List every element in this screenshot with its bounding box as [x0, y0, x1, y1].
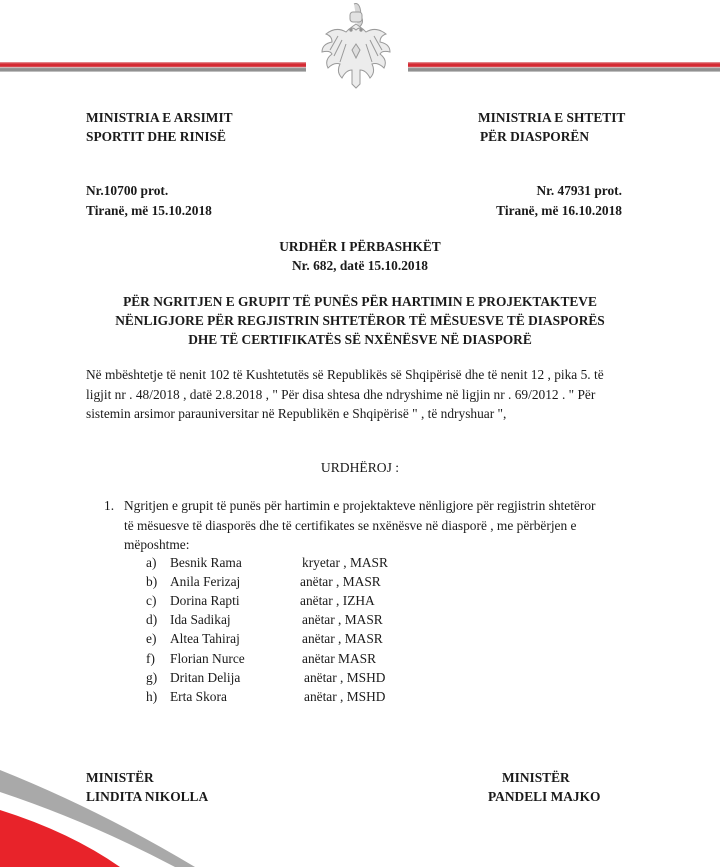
order-subject: PËR NGRITJEN E GRUPIT TË PUNËS PËR HARTI…: [0, 292, 720, 349]
member-name: Anila Ferizaj: [170, 572, 240, 591]
member-name: Dorina Rapti: [170, 591, 240, 610]
preamble: Në mbështetje të nenit 102 të Kushtetutë…: [86, 365, 646, 424]
protocol-left-number: Nr.10700 prot.: [86, 181, 212, 201]
order-title: URDHËR I PËRBASHKËT: [0, 237, 720, 256]
member-role: anëtar , MASR: [302, 610, 383, 629]
issuer-left: MINISTRIA E ARSIMIT SPORTIT DHE RINISË: [86, 108, 233, 146]
member-letter: d): [146, 610, 157, 629]
issuer-left-line1: MINISTRIA E ARSIMIT: [86, 108, 233, 127]
member-letter: f): [146, 649, 155, 668]
member-letter: b): [146, 572, 157, 591]
member-role: kryetar , MASR: [302, 553, 388, 572]
subject-line: DHE TË CERTIFIKATËS SË NXËNËSVE NË DIASP…: [0, 330, 720, 349]
member-role: anëtar , MSHD: [304, 687, 385, 706]
issuer-right-line1: MINISTRIA E SHTETIT: [478, 108, 625, 127]
directive-heading: URDHËROJ :: [0, 460, 720, 476]
member-letter: e): [146, 629, 156, 648]
member-role: anëtar , MASR: [302, 629, 383, 648]
header-stripe-right: [408, 62, 720, 72]
eagle-emblem-icon: [308, 0, 404, 96]
subject-line: PËR NGRITJEN E GRUPIT TË PUNËS PËR HARTI…: [0, 292, 720, 311]
member-name: Erta Skora: [170, 687, 227, 706]
signature-right-title: MINISTËR: [488, 768, 600, 787]
protocol-right: Nr. 47931 prot. Tiranë, më 16.10.2018: [486, 181, 622, 221]
issuer-right-line2: PËR DIASPORËN: [478, 127, 625, 146]
item-text: Ngritjen e grupit të punës për hartimin …: [124, 496, 644, 555]
member-name: Ida Sadikaj: [170, 610, 231, 629]
item-text-line: mëposhtme:: [124, 535, 644, 555]
preamble-line: ligjit nr . 48/2018 , datë 2.8.2018 , " …: [86, 385, 646, 405]
item-number: 1.: [104, 496, 114, 516]
member-name: Dritan Delija: [170, 668, 240, 687]
member-letter: g): [146, 668, 157, 687]
header-stripe-left: [0, 62, 306, 72]
order-number: Nr. 682, datë 15.10.2018: [0, 256, 720, 275]
member-name: Altea Tahiraj: [170, 629, 240, 648]
protocol-right-number: Nr. 47931 prot.: [486, 181, 622, 201]
preamble-line: sistemin arsimor parauniversitar në Repu…: [86, 404, 646, 424]
order-title-block: URDHËR I PËRBASHKËT Nr. 682, datë 15.10.…: [0, 237, 720, 275]
member-role: anëtar MASR: [302, 649, 376, 668]
issuer-right: MINISTRIA E SHTETIT PËR DIASPORËN: [478, 108, 625, 146]
issuer-left-line2: SPORTIT DHE RINISË: [86, 127, 233, 146]
member-letter: h): [146, 687, 157, 706]
member-name: Besnik Rama: [170, 553, 242, 572]
signature-right: MINISTËR PANDELI MAJKO: [488, 768, 600, 806]
member-name: Florian Nurce: [170, 649, 245, 668]
item-text-line: Ngritjen e grupit të punës për hartimin …: [124, 496, 644, 516]
footer-swoosh-decoration: [0, 770, 260, 867]
subject-line: NËNLIGJORE PËR REGJISTRIN SHTETËROR TË M…: [0, 311, 720, 330]
member-letter: a): [146, 553, 156, 572]
member-role: anëtar , MASR: [300, 572, 381, 591]
protocol-left-date: Tiranë, më 15.10.2018: [86, 201, 212, 221]
member-role: anëtar , IZHA: [300, 591, 375, 610]
protocol-right-date: Tiranë, më 16.10.2018: [486, 201, 622, 221]
item-text-line: të mësuesve të diasporës dhe të certifik…: [124, 516, 644, 536]
protocol-left: Nr.10700 prot. Tiranë, më 15.10.2018: [86, 181, 212, 221]
signature-right-name: PANDELI MAJKO: [488, 787, 600, 806]
preamble-line: Në mbështetje të nenit 102 të Kushtetutë…: [86, 365, 646, 385]
member-role: anëtar , MSHD: [304, 668, 385, 687]
member-letter: c): [146, 591, 156, 610]
